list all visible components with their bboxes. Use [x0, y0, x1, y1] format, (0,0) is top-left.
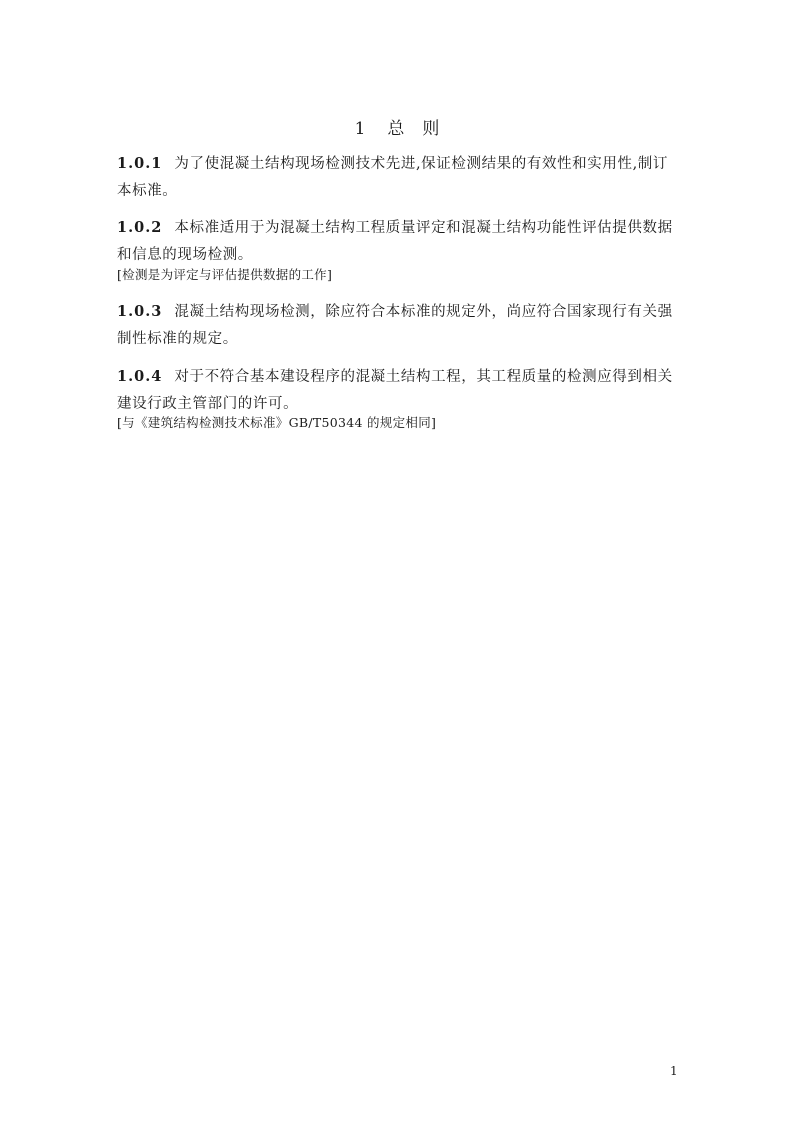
- clause-number: 1.0.2: [117, 219, 162, 236]
- clause-text: 为了使混凝土结构现场检测技术先进,保证检测结果的有效性和实用性,制订本标准。: [117, 156, 668, 199]
- clause-number: 1.0.3: [117, 303, 162, 320]
- chapter-title-char-1: 总: [387, 119, 404, 139]
- chapter-number: 1: [355, 119, 366, 139]
- clause-1-0-2: 1.0.2本标准适用于为混凝土结构工程质量评定和混凝土结构功能性评估提供数据和信…: [117, 214, 683, 269]
- clause-note: [与《建筑结构检测技术标准》GB/T50344 的规定相同]: [117, 414, 436, 432]
- clause-1-0-1: 1.0.1为了使混凝土结构现场检测技术先进,保证检测结果的有效性和实用性,制订本…: [117, 150, 683, 205]
- clause-note: [检测是为评定与评估提供数据的工作]: [117, 266, 332, 284]
- clause-number: 1.0.1: [117, 155, 162, 172]
- clause-1-0-3: 1.0.3混凝土结构现场检测，除应符合本标准的规定外，尚应符合国家现行有关强制性…: [117, 298, 683, 353]
- page-number: 1: [670, 1064, 678, 1078]
- clause-text: 混凝土结构现场检测，除应符合本标准的规定外，尚应符合国家现行有关强制性标准的规定…: [117, 304, 673, 347]
- chapter-title: 1总则: [0, 114, 794, 139]
- clause-1-0-4: 1.0.4对于不符合基本建设程序的混凝土结构工程，其工程质量的检测应得到相关建设…: [117, 363, 683, 418]
- clause-text: 对于不符合基本建设程序的混凝土结构工程，其工程质量的检测应得到相关建设行政主管部…: [117, 369, 673, 412]
- clause-number: 1.0.4: [117, 368, 162, 385]
- clause-text: 本标准适用于为混凝土结构工程质量评定和混凝土结构功能性评估提供数据和信息的现场检…: [117, 220, 673, 263]
- chapter-title-char-2: 则: [422, 119, 439, 139]
- document-page: 1总则 1.0.1为了使混凝土结构现场检测技术先进,保证检测结果的有效性和实用性…: [0, 0, 794, 1123]
